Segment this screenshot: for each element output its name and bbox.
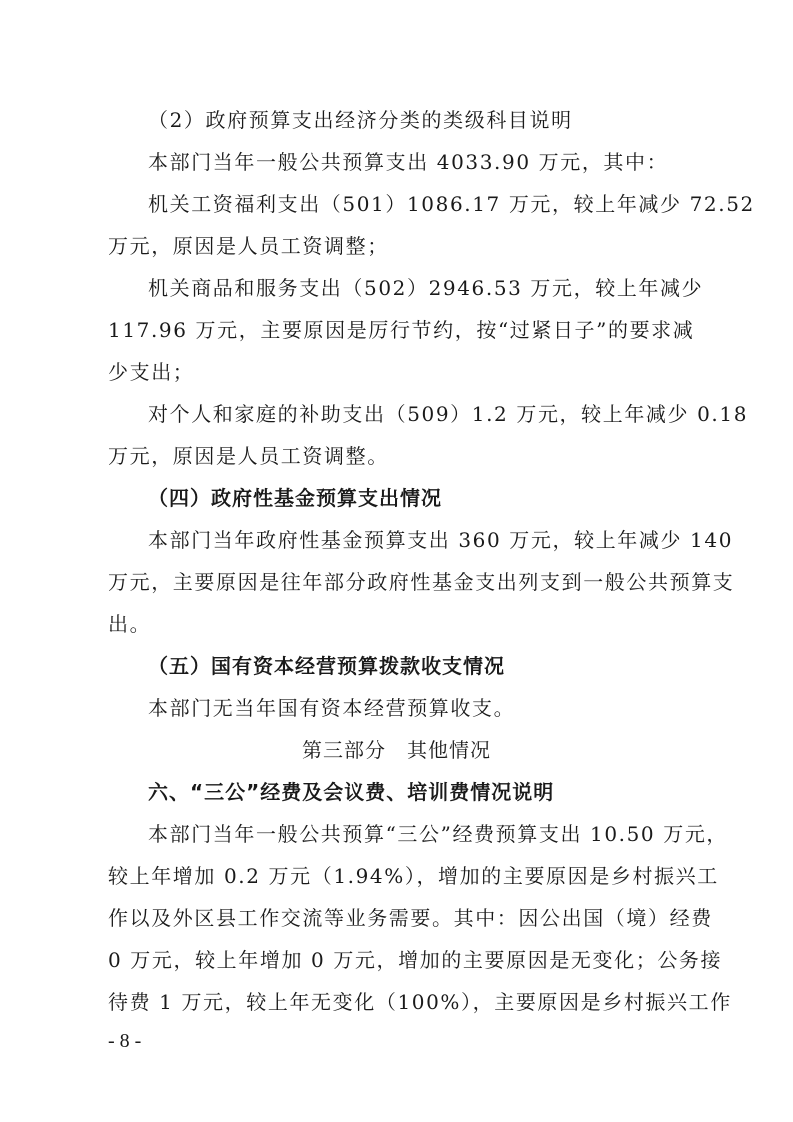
paragraph-line: 机关商品和服务支出（502）2946.53 万元，较上年减少 <box>148 276 728 300</box>
paragraph-line: 较上年增加 0.2 万元（1.94%），增加的主要原因是乡村振兴工 <box>108 864 688 888</box>
paragraph-line: 出。 <box>108 612 688 636</box>
paragraph-line: 本部门当年政府性基金预算支出 360 万元，较上年减少 140 <box>148 528 728 552</box>
paragraph-line: 万元，原因是人员工资调整。 <box>108 444 688 468</box>
paragraph-line: 万元，主要原因是往年部分政府性基金支出列支到一般公共预算支 <box>108 570 688 594</box>
section-heading-three-public: 六、“三公”经费及会议费、培训费情况说明 <box>148 780 728 804</box>
page-number: - 8 - <box>108 1030 141 1053</box>
paragraph-line: 本部门无当年国有资本经营预算收支。 <box>148 696 728 720</box>
section-heading-state-capital: （五）国有资本经营预算拨款收支情况 <box>148 654 728 678</box>
paragraph-line: 机关工资福利支出（501）1086.17 万元，较上年减少 72.52 <box>148 192 728 216</box>
paragraph-line: 本部门当年一般公共预算支出 4033.90 万元，其中： <box>148 150 728 174</box>
part-title: 第三部分 其他情况 <box>0 738 793 762</box>
paragraph-line: 待费 1 万元，较上年无变化（100%），主要原因是乡村振兴工作 <box>108 990 688 1014</box>
paragraph-line: 对个人和家庭的补助支出（509）1.2 万元，较上年减少 0.18 <box>148 402 728 426</box>
paragraph-line: 117.96 万元，主要原因是厉行节约，按“过紧日子”的要求减 <box>108 318 688 342</box>
subsection-heading: （2）政府预算支出经济分类的类级科目说明 <box>148 108 728 132</box>
paragraph-line: 少支出； <box>108 360 688 384</box>
section-heading-government-fund: （四）政府性基金预算支出情况 <box>148 486 728 510</box>
paragraph-line: 本部门当年一般公共预算“三公”经费预算支出 10.50 万元， <box>148 822 728 846</box>
paragraph-line: 作以及外区县工作交流等业务需要。其中：因公出国（境）经费 <box>108 906 688 930</box>
paragraph-line: 0 万元，较上年增加 0 万元，增加的主要原因是无变化；公务接 <box>108 948 688 972</box>
document-page: （2）政府预算支出经济分类的类级科目说明 本部门当年一般公共预算支出 4033.… <box>0 0 793 1122</box>
paragraph-line: 万元，原因是人员工资调整； <box>108 234 688 258</box>
